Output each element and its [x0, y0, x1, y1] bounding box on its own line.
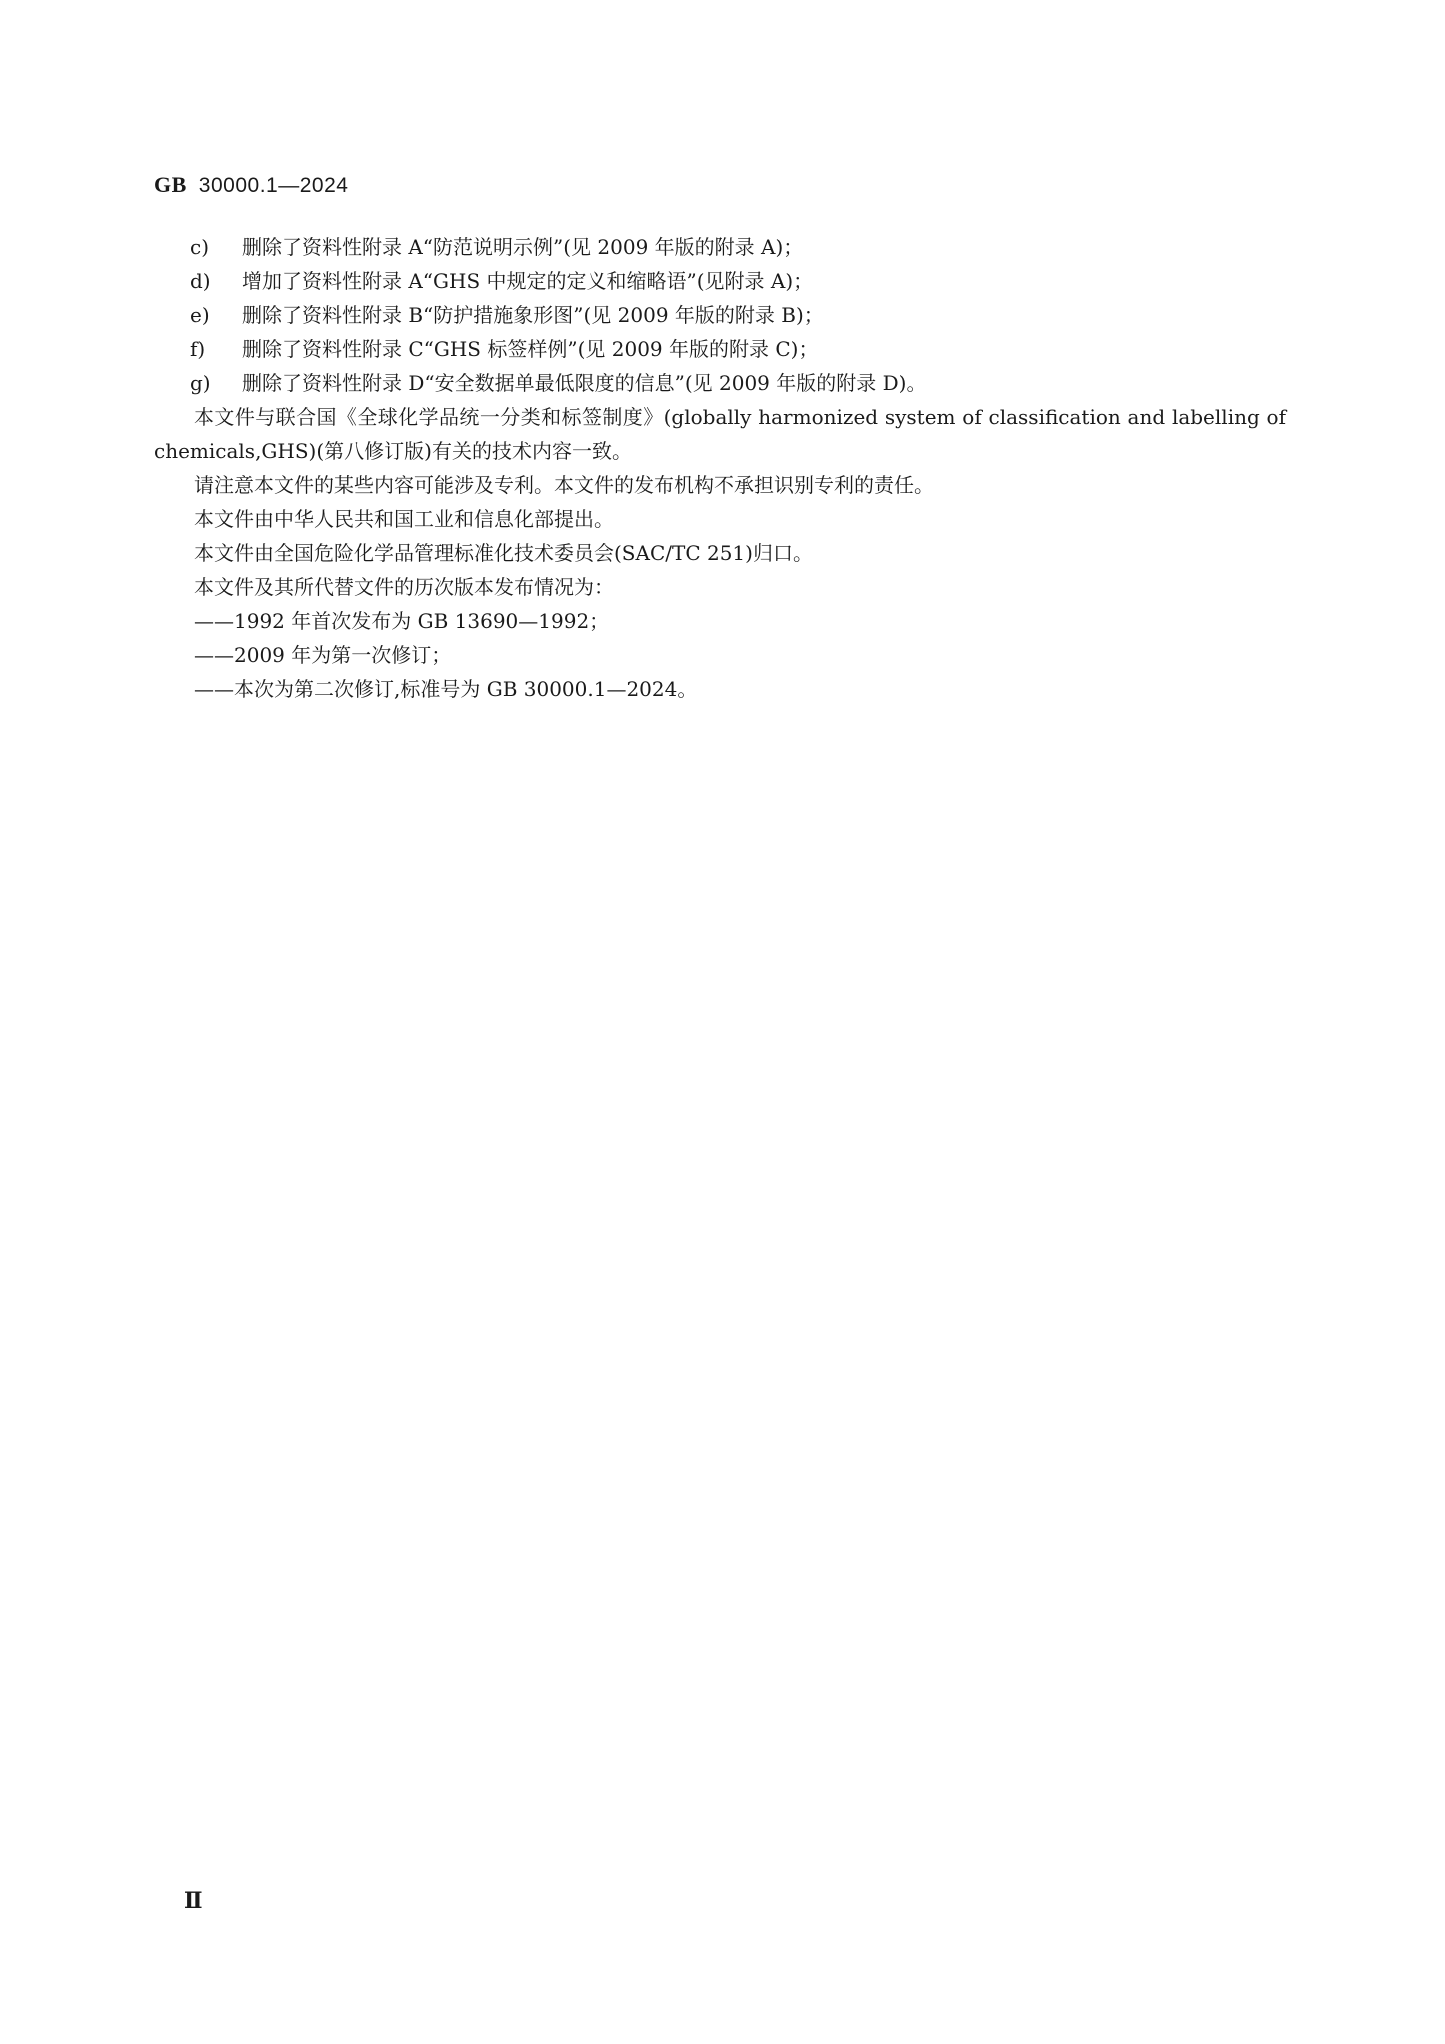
change-item-g: g) 删除了资料性附录 D“安全数据单最低限度的信息”(见 2009 年版的附录…: [154, 366, 1286, 400]
change-text: 删除了资料性附录 A“防范说明示例”(见 2009 年版的附录 A)；: [242, 230, 803, 264]
change-text: 删除了资料性附录 C“GHS 标签样例”(见 2009 年版的附录 C)；: [242, 332, 818, 366]
paragraph-patent-notice: 请注意本文件的某些内容可能涉及专利。本文件的发布机构不承担识别专利的责任。: [154, 468, 1286, 502]
list-marker: f): [154, 332, 242, 366]
change-item-c: c) 删除了资料性附录 A“防范说明示例”(见 2009 年版的附录 A)；: [154, 230, 1286, 264]
paragraph-consistency-ghs: 本文件与联合国《全球化学品统一分类和标签制度》(globally harmoni…: [154, 400, 1286, 468]
list-marker: c): [154, 230, 242, 264]
list-marker: e): [154, 298, 242, 332]
history-item-2024: ——本次为第二次修订,标准号为 GB 30000.1—2024。: [154, 672, 1286, 706]
list-marker: g): [154, 366, 242, 400]
change-text: 增加了资料性附录 A“GHS 中规定的定义和缩略语”(见附录 A)；: [242, 264, 813, 298]
page-number: Ⅱ: [184, 1888, 203, 1914]
standard-number: 30000.1—2024: [199, 174, 349, 197]
change-text: 删除了资料性附录 D“安全数据单最低限度的信息”(见 2009 年版的附录 D)…: [242, 366, 926, 400]
standard-prefix: GB: [154, 172, 187, 197]
change-item-e: e) 删除了资料性附录 B“防护措施象形图”(见 2009 年版的附录 B)；: [154, 298, 1286, 332]
history-item-1992: ——1992 年首次发布为 GB 13690—1992；: [154, 604, 1286, 638]
list-marker: d): [154, 264, 242, 298]
document-body: c) 删除了资料性附录 A“防范说明示例”(见 2009 年版的附录 A)； d…: [154, 230, 1286, 706]
paragraph-proposed-by: 本文件由中华人民共和国工业和信息化部提出。: [154, 502, 1286, 536]
history-item-2009: ——2009 年为第一次修订；: [154, 638, 1286, 672]
document-header: GB30000.1—2024: [154, 172, 348, 198]
paragraph-history-intro: 本文件及其所代替文件的历次版本发布情况为：: [154, 570, 1286, 604]
change-text: 删除了资料性附录 B“防护措施象形图”(见 2009 年版的附录 B)；: [242, 298, 824, 332]
change-item-f: f) 删除了资料性附录 C“GHS 标签样例”(见 2009 年版的附录 C)；: [154, 332, 1286, 366]
change-item-d: d) 增加了资料性附录 A“GHS 中规定的定义和缩略语”(见附录 A)；: [154, 264, 1286, 298]
paragraph-administered-by: 本文件由全国危险化学品管理标准化技术委员会(SAC/TC 251)归口。: [154, 536, 1286, 570]
